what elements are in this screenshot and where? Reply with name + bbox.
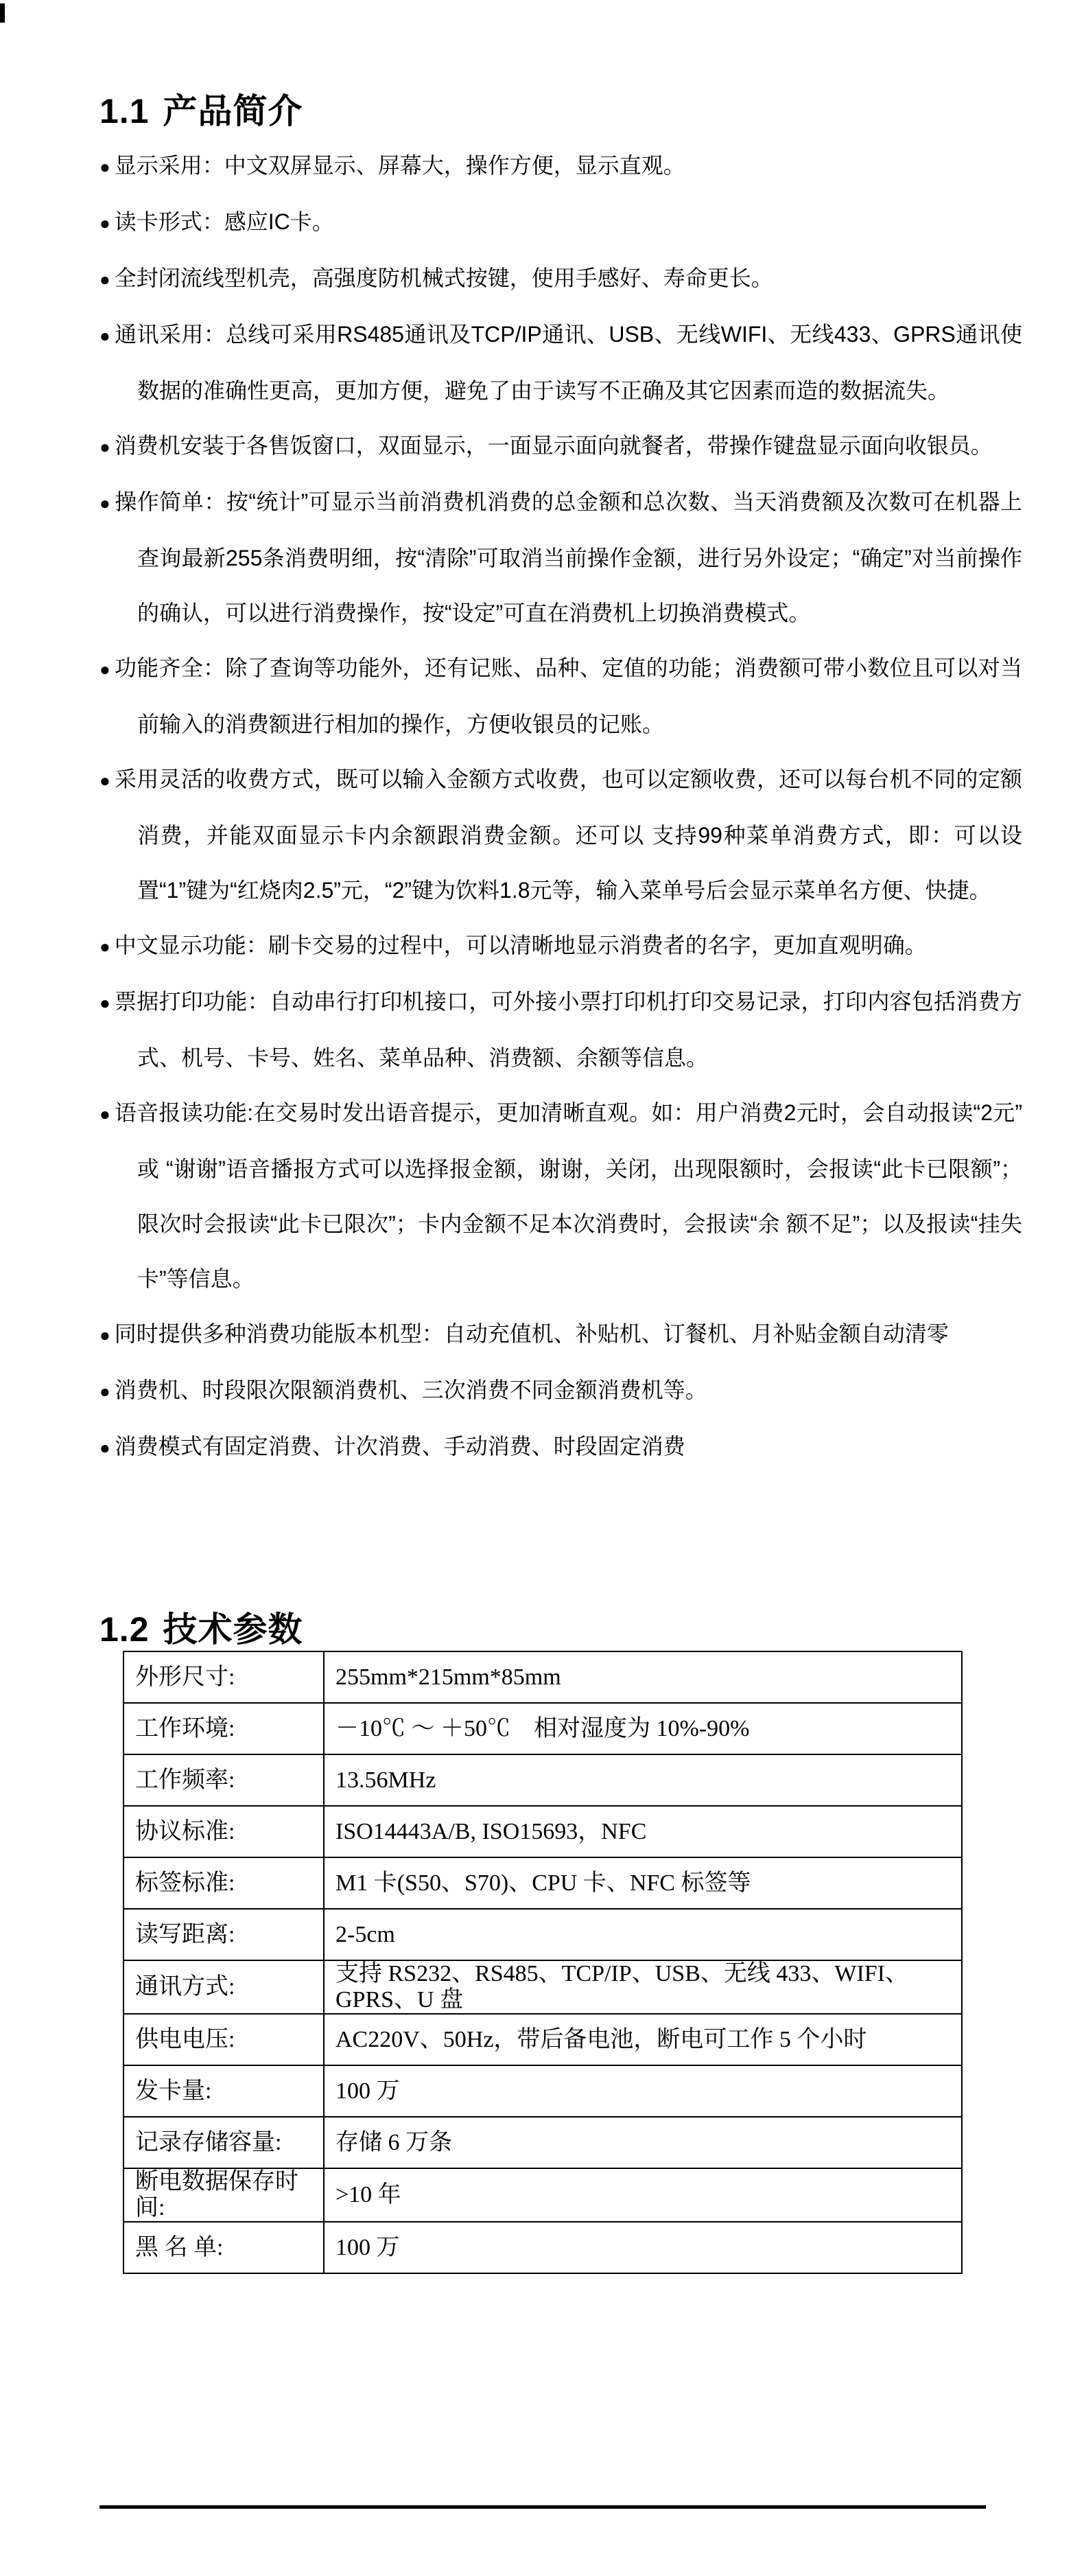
feature-text: 显示采用：中文双屏显示、屏幕大，操作方便，显示直观。	[115, 153, 685, 178]
page-edge-artifact	[0, 3, 5, 23]
feature-item: ●消费模式有固定消费、计次消费、手动消费、时段固定消费	[99, 1419, 1022, 1475]
spec-label: 断电数据保存时间:	[123, 2168, 324, 2222]
spec-label: 发卡量:	[123, 2065, 324, 2117]
feature-item: ●读卡形式：感应IC卡。	[99, 194, 1022, 251]
feature-text: 全封闭流线型机壳，高强度防机械式按键，使用手感好、寿命更长。	[115, 266, 773, 290]
feature-item: ●票据打印功能：自动串行打印机接口，可外接小票打印机打印交易记录，打印内容包括消…	[99, 974, 1022, 1085]
feature-text: 读卡形式：感应IC卡。	[115, 209, 334, 234]
bullet-icon: ●	[99, 770, 110, 791]
feature-item: ●中文显示功能：刷卡交易的过程中，可以清晰地显示消费者的名字，更加直观明确。	[99, 918, 1022, 974]
feature-item: ●语音报读功能:在交易时发出语音提示，更加清晰直观。如：用户消费2元时，会自动报…	[99, 1085, 1022, 1306]
feature-text: 中文显示功能：刷卡交易的过程中，可以清晰地显示消费者的名字，更加直观明确。	[115, 933, 927, 958]
table-row: 协议标准: ISO14443A/B, ISO15693，NFC	[123, 1806, 962, 1857]
table-row: 读写距离: 2-5cm	[123, 1909, 962, 1960]
spec-label: 标签标准:	[123, 1857, 324, 1909]
table-row: 黑 名 单: 100 万	[123, 2222, 962, 2273]
feature-list: ●显示采用：中文双屏显示、屏幕大，操作方便，显示直观。 ●读卡形式：感应IC卡。…	[99, 138, 1022, 1475]
feature-text: 功能齐全：除了查询等功能外，还有记账、品种、定值的功能；消费额可带小数位且可以对…	[115, 655, 1022, 736]
feature-text: 同时提供多种消费功能版本机型：自动充值机、补贴机、订餐机、月补贴金额自动清零	[115, 1321, 949, 1346]
spec-value: M1 卡(S50、S70)、CPU 卡、NFC 标签等	[324, 1857, 962, 1909]
spec-value: 13.56MHz	[324, 1754, 962, 1806]
spec-label: 外形尺寸:	[123, 1651, 324, 1703]
spec-value: 支持 RS232、RS485、TCP/IP、USB、无线 433、WIFI、GP…	[324, 1960, 962, 2014]
table-row: 发卡量: 100 万	[123, 2065, 962, 2117]
feature-item: ●全封闭流线型机壳，高强度防机械式按键，使用手感好、寿命更长。	[99, 251, 1022, 307]
spec-value: 255mm*215mm*85mm	[324, 1651, 962, 1703]
spec-value: 2-5cm	[324, 1909, 962, 1960]
bullet-icon: ●	[99, 325, 110, 346]
section-intro-number: 1.1	[99, 92, 150, 130]
table-row: 工作频率: 13.56MHz	[123, 1754, 962, 1806]
spec-value: －10℃ ～ ＋50℃ 相对湿度为 10%-90%	[324, 1703, 962, 1754]
section-specs-heading: 1.2技术参数	[99, 1602, 303, 1651]
table-row: 外形尺寸: 255mm*215mm*85mm	[123, 1651, 962, 1703]
spec-label: 读写距离:	[123, 1909, 324, 1960]
spec-value: >10 年	[324, 2168, 962, 2222]
bullet-icon: ●	[99, 1381, 110, 1402]
bullet-icon: ●	[99, 1325, 110, 1345]
spec-label: 通讯方式:	[123, 1960, 324, 2014]
feature-item: ●通讯采用：总线可采用RS485通讯及TCP/IP通讯、USB、无线WIFI、无…	[99, 307, 1022, 418]
bullet-icon: ●	[99, 936, 110, 957]
bullet-icon: ●	[99, 1437, 110, 1458]
spec-label: 供电电压:	[123, 2014, 324, 2065]
bullet-icon: ●	[99, 993, 110, 1013]
bullet-icon: ●	[99, 156, 110, 177]
feature-item: ●操作简单：按“统计”可显示当前消费机消费的总金额和总次数、当天消费额及次数可在…	[99, 474, 1022, 640]
feature-text: 操作简单：按“统计”可显示当前消费机消费的总金额和总次数、当天消费额及次数可在机…	[115, 489, 1022, 625]
spec-value: 100 万	[324, 2222, 962, 2273]
table-row: 标签标准: M1 卡(S50、S70)、CPU 卡、NFC 标签等	[123, 1857, 962, 1909]
feature-text: 语音报读功能:在交易时发出语音提示，更加清晰直观。如：用户消费2元时，会自动报读…	[115, 1100, 1022, 1291]
bullet-icon: ●	[99, 1104, 110, 1124]
spec-label: 协议标准:	[123, 1806, 324, 1857]
bullet-icon: ●	[99, 269, 110, 290]
table-row: 记录存储容量: 存储 6 万条	[123, 2117, 962, 2168]
spec-value: ISO14443A/B, ISO15693，NFC	[324, 1806, 962, 1857]
spec-label: 记录存储容量:	[123, 2117, 324, 2168]
feature-item: ●消费机、时段限次限额消费机、三次消费不同金额消费机等。	[99, 1362, 1022, 1419]
section-intro-title: 产品简介	[163, 92, 303, 130]
bullet-icon: ●	[99, 437, 110, 457]
section-specs-title: 技术参数	[163, 1610, 303, 1649]
feature-item: ●采用灵活的收费方式，既可以输入金额方式收费，也可以定额收费，还可以每台机不同的…	[99, 752, 1022, 918]
table-row: 断电数据保存时间: >10 年	[123, 2168, 962, 2222]
feature-item: ●显示采用：中文双屏显示、屏幕大，操作方便，显示直观。	[99, 138, 1022, 194]
bullet-icon: ●	[99, 659, 110, 680]
section-specs-number: 1.2	[99, 1610, 150, 1649]
spec-value: 存储 6 万条	[324, 2117, 962, 2168]
feature-text: 消费机安装于各售饭窗口，双面显示，一面显示面向就餐者，带操作键盘显示面向收银员。	[115, 433, 993, 458]
spec-label: 黑 名 单:	[123, 2222, 324, 2273]
spec-label: 工作环境:	[123, 1703, 324, 1754]
spec-value: 100 万	[324, 2065, 962, 2117]
spec-value: AC220V、50Hz，带后备电池，断电可工作 5 个小时	[324, 2014, 962, 2065]
table-row: 供电电压: AC220V、50Hz，带后备电池，断电可工作 5 个小时	[123, 2014, 962, 2065]
bullet-icon: ●	[99, 493, 110, 513]
feature-text: 消费模式有固定消费、计次消费、手动消费、时段固定消费	[115, 1434, 685, 1459]
feature-item: ●功能齐全：除了查询等功能外，还有记账、品种、定值的功能；消费额可带小数位且可以…	[99, 640, 1022, 752]
table-row: 工作环境: －10℃ ～ ＋50℃ 相对湿度为 10%-90%	[123, 1703, 962, 1754]
feature-item: ●消费机安装于各售饭窗口，双面显示，一面显示面向就餐者，带操作键盘显示面向收银员…	[99, 418, 1022, 474]
section-intro-heading: 1.1产品简介	[99, 84, 303, 133]
feature-text: 消费机、时段限次限额消费机、三次消费不同金额消费机等。	[115, 1378, 707, 1402]
feature-text: 通讯采用：总线可采用RS485通讯及TCP/IP通讯、USB、无线WIFI、无线…	[115, 322, 1022, 403]
feature-item: ●同时提供多种消费功能版本机型：自动充值机、补贴机、订餐机、月补贴金额自动清零	[99, 1306, 1022, 1362]
table-row: 通讯方式: 支持 RS232、RS485、TCP/IP、USB、无线 433、W…	[123, 1960, 962, 2014]
specs-table: 外形尺寸: 255mm*215mm*85mm 工作环境: －10℃ ～ ＋50℃…	[123, 1651, 963, 2274]
spec-label: 工作频率:	[123, 1754, 324, 1806]
bullet-icon: ●	[99, 213, 110, 233]
footer-divider	[99, 2505, 986, 2509]
feature-text: 采用灵活的收费方式，既可以输入金额方式收费，也可以定额收费，还可以每台机不同的定…	[115, 767, 1022, 903]
feature-text: 票据打印功能：自动串行打印机接口，可外接小票打印机打印交易记录，打印内容包括消费…	[115, 989, 1022, 1070]
